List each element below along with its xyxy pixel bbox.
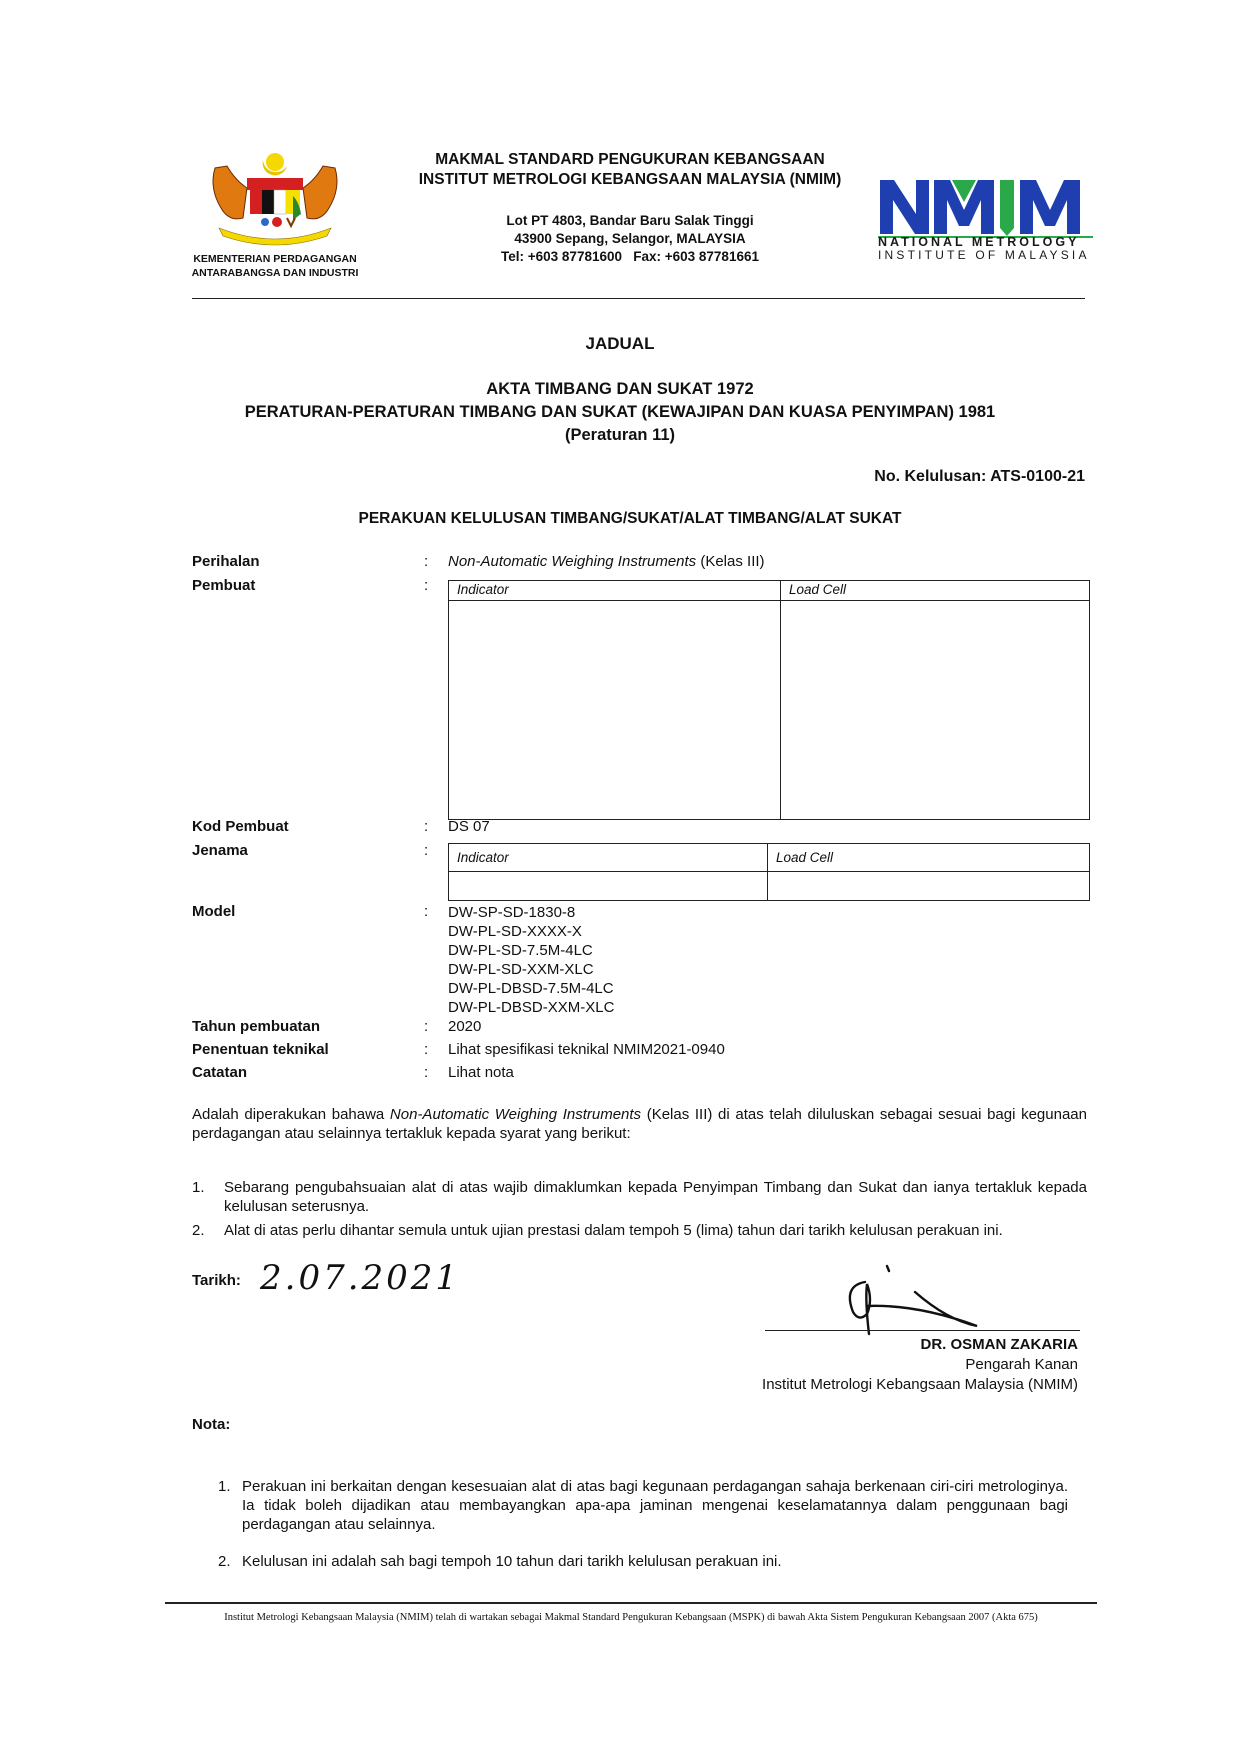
pembuat-table: Indicator Load Cell (448, 580, 1090, 820)
tahun-pembuatan-value: 2020 (448, 1018, 481, 1035)
ministry-name: KEMENTERIAN PERDAGANGAN ANTARABANGSA DAN… (180, 252, 370, 280)
nmim-logo-icon (878, 176, 1093, 238)
perihalan-label: Perihalan (192, 553, 260, 570)
pembuat-indicator-value (449, 601, 781, 820)
pembuat-col-indicator: Indicator (449, 581, 781, 601)
model-item: DW-PL-SD-XXXX-X (448, 922, 614, 941)
penentuan-teknikal-label: Penentuan teknikal (192, 1041, 329, 1058)
colon: : (424, 903, 428, 920)
condition-item: 2. Alat di atas perlu dihantar semula un… (192, 1221, 1087, 1240)
jenama-col-indicator: Indicator (449, 844, 768, 872)
malaysia-coat-of-arms-icon (205, 148, 345, 246)
catatan-value: Lihat nota (448, 1064, 514, 1081)
approval-number: No. Kelulusan: ATS-0100-21 (760, 468, 1085, 486)
catatan-label: Catatan (192, 1064, 247, 1081)
institute-title: MAKMAL STANDARD PENGUKURAN KEBANGSAAN IN… (370, 150, 890, 190)
handwritten-date: 2.07.2021 (260, 1258, 460, 1298)
colon: : (424, 1064, 428, 1081)
colon: : (424, 1041, 428, 1058)
model-item: DW-PL-SD-XXM-XLC (448, 960, 614, 979)
colon: : (424, 553, 428, 570)
notes-label: Nota: (192, 1416, 230, 1433)
penentuan-teknikal-value: Lihat spesifikasi teknikal NMIM2021-0940 (448, 1041, 725, 1058)
model-list: DW-SP-SD-1830-8 DW-PL-SD-XXXX-X DW-PL-SD… (448, 903, 614, 1017)
note-item: 2. Kelulusan ini adalah sah bagi tempoh … (218, 1552, 1068, 1571)
pembuat-col-loadcell: Load Cell (781, 581, 1090, 601)
signatory-name: DR. OSMAN ZAKARIA (700, 1335, 1078, 1355)
kod-pembuat-label: Kod Pembuat (192, 818, 289, 835)
signatory-position: Pengarah Kanan (700, 1355, 1078, 1375)
pembuat-label: Pembuat (192, 577, 255, 594)
jenama-loadcell-value (768, 872, 1090, 901)
jenama-label: Jenama (192, 842, 248, 859)
model-label: Model (192, 903, 235, 920)
colon: : (424, 818, 428, 835)
colon: : (424, 842, 428, 859)
model-item: DW-PL-DBSD-XXM-XLC (448, 998, 614, 1017)
model-item: DW-PL-SD-7.5M-4LC (448, 941, 614, 960)
tahun-pembuatan-label: Tahun pembuatan (192, 1018, 320, 1035)
schedule-title: JADUAL (0, 334, 1240, 354)
date-label: Tarikh: (192, 1272, 241, 1289)
pembuat-loadcell-value (781, 601, 1090, 820)
footer-text: Institut Metrologi Kebangsaan Malaysia (… (165, 1612, 1097, 1623)
kod-pembuat-value: DS 07 (448, 818, 490, 835)
condition-item: 1. Sebarang pengubahsuaian alat di atas … (192, 1178, 1087, 1216)
perihalan-value: Non-Automatic Weighing Instruments (Kela… (448, 553, 765, 570)
institute-address: Lot PT 4803, Bandar Baru Salak Tinggi 43… (420, 212, 840, 266)
jenama-table: Indicator Load Cell (448, 843, 1090, 901)
act-heading: AKTA TIMBANG DAN SUKAT 1972 PERATURAN-PE… (0, 378, 1240, 447)
header-divider (192, 298, 1085, 299)
footer-divider (165, 1602, 1097, 1604)
note-item: 1. Perakuan ini berkaitan dengan kesesua… (218, 1477, 1068, 1534)
declaration-paragraph: Adalah diperakukan bahawa Non-Automatic … (192, 1105, 1087, 1143)
jenama-col-loadcell: Load Cell (768, 844, 1090, 872)
certificate-title: PERAKUAN KELULUSAN TIMBANG/SUKAT/ALAT TI… (0, 510, 1240, 528)
jenama-indicator-value (449, 872, 768, 901)
colon: : (424, 1018, 428, 1035)
nmim-subtitle-2: INSTITUTE OF MALAYSIA (878, 249, 1093, 262)
model-item: DW-SP-SD-1830-8 (448, 903, 614, 922)
signatory-organization: Institut Metrologi Kebangsaan Malaysia (… (640, 1375, 1078, 1395)
colon: : (424, 577, 428, 594)
signature-line (765, 1330, 1080, 1331)
model-item: DW-PL-DBSD-7.5M-4LC (448, 979, 614, 998)
